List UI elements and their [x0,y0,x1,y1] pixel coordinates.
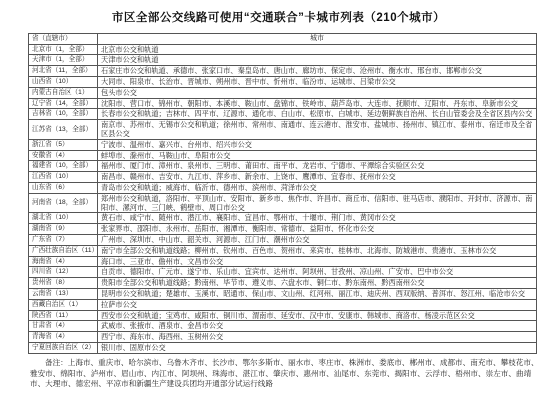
province-cell: 贵州省（8） [29,278,98,289]
table-row: 江苏省（13，全部）南京市、苏州市、无锡市公交和轨道；徐州市、常州市、南通市、连… [29,120,537,140]
province-cell: 河南省（18，全部） [29,193,98,213]
province-cell: 吉林省（10，全部） [29,109,98,120]
cities-cell: 黄石市、咸宁市、随州市、潜江市、襄阳市、宜昌市、鄂州市、十堰市、荆门市、黄冈市公… [98,213,537,224]
cities-cell: 石家庄市公交和轨道、承德市、张家口市、秦皇岛市、唐山市、廊坊市、保定市、沧州市、… [98,66,537,77]
cities-cell: 福州市、厦门市、漳州市、泉州市、三明市、莆田市、南平市、龙岩市、宁德市、平潭综合… [98,161,537,172]
table-row: 湖北省（10）黄石市、咸宁市、随州市、潜江市、襄阳市、宜昌市、鄂州市、十堰市、荆… [29,213,537,224]
cities-cell: 南京市、苏州市、无锡市公交和轨道；徐州市、常州市、南通市、连云港市、淮安市、盐城… [98,120,537,140]
cities-cell: 南宁市全部公交和轨道线路；柳州市、钦州市、百色市、贺州市、来宾市、桂林市、北海市… [98,245,537,256]
table-row: 山东省（6）青岛市公交和轨道；威海市、临沂市、德州市、滨州市、菏泽市公交 [29,182,537,193]
province-cell: 安徽省（4） [29,150,98,161]
province-cell: 湖南省（9） [29,224,98,235]
page-title: 市区全部公交线路可使用“交通联合”卡城市列表（210个城市） [0,0,557,25]
table-row: 广东省（7）广州市、深圳市、中山市、韶关市、河源市、江门市、潮州市公交 [29,234,537,245]
city-table: 省（直辖市） 城市 北京市（1，全部）北京市公交和轨道天津市（1，全部）天津市公… [28,33,537,354]
table-row: 青海省（4）西宁市、海东市、海西州、玉树州公交 [29,332,537,343]
province-cell: 河北省（11，全部） [29,66,98,77]
cities-cell: 昆明市公交和轨道；楚雄市、玉溪市、昭通市、保山市、文山州、红河州、丽江市、迪庆州… [98,288,537,299]
table-row: 西藏自治区（1）拉萨市公交 [29,299,537,310]
table-row: 宁夏回族自治区（2）银川市、固原市公交 [29,342,537,353]
province-cell: 海南省（4） [29,256,98,267]
header-cities: 城市 [98,34,537,45]
cities-cell: 长春市公交和轨道；吉林市、四平市、辽源市、通化市、白山市、松原市、白城市、延边朝… [98,109,537,120]
cities-cell: 南昌市、赣州市、吉安市、九江市、萍乡市、新余市、上饶市、鹰潭市、宜春市、抚州市公… [98,172,537,183]
cities-cell: 沈阳市、营口市、锦州市、朝阳市、本溪市、鞍山市、盘锦市、铁岭市、葫芦岛市、大连市… [98,98,537,109]
province-cell: 湖北省（10） [29,213,98,224]
table-row: 安徽省（4）蚌埠市、滁州市、马鞍山市、阜阳市公交 [29,150,537,161]
table-row: 内蒙古自治区（1）包头市公交 [29,87,537,98]
table-row: 广西壮族自治区（11）南宁市全部公交和轨道线路；柳州市、钦州市、百色市、贺州市、… [29,245,537,256]
province-cell: 山西省（10） [29,76,98,87]
cities-cell: 西宁市、海东市、海西州、玉树州公交 [98,332,537,343]
cities-cell: 银川市、固原市公交 [98,342,537,353]
table-row: 北京市（1，全部）北京市公交和轨道 [29,44,537,55]
province-cell: 江西省（10） [29,172,98,183]
table-row: 吉林省（10，全部）长春市公交和轨道；吉林市、四平市、辽源市、通化市、白山市、松… [29,109,537,120]
cities-cell: 大同市、阳泉市、长治市、晋城市、朔州市、晋中市、忻州市、临汾市、运城市、吕梁市公… [98,76,537,87]
table-row: 江西省（10）南昌市、赣州市、吉安市、九江市、萍乡市、新余市、上饶市、鹰潭市、宜… [29,172,537,183]
province-cell: 福建省（10，全部） [29,161,98,172]
table-row: 陕西省（11）西安市公交和轨道；宝鸡市、咸阳市、铜川市、渭南市、延安市、汉中市、… [29,310,537,321]
cities-cell: 西安市公交和轨道；宝鸡市、咸阳市、铜川市、渭南市、延安市、汉中市、安康市、韩城市… [98,310,537,321]
cities-cell: 自贡市、德阳市、广元市、遂宁市、乐山市、宜宾市、达州市、阿坝州、甘孜州、凉山州、… [98,267,537,278]
cities-cell: 张家界市、邵阳市、永州市、岳阳市、湘潭市、衡阳市、常德市、益阳市、怀化市公交 [98,224,537,235]
province-cell: 天津市（1，全部） [29,55,98,66]
province-cell: 内蒙古自治区（1） [29,87,98,98]
document-page: 市区全部公交线路可使用“交通联合”卡城市列表（210个城市） 省（直辖市） 城市… [0,0,557,395]
cities-cell: 武威市、张掖市、酒泉市、金昌市公交 [98,321,537,332]
cities-cell: 包头市公交 [98,87,537,98]
table-row: 山西省（10）大同市、阳泉市、长治市、晋城市、朔州市、晋中市、忻州市、临汾市、运… [29,76,537,87]
table-row: 海南省（4）海口市、三亚市、儋州市、文昌市公交 [29,256,537,267]
province-cell: 宁夏回族自治区（2） [29,342,98,353]
province-cell: 云南省（13） [29,288,98,299]
table-body: 北京市（1，全部）北京市公交和轨道天津市（1，全部）天津市公交和轨道河北省（11… [29,44,537,353]
province-cell: 四川省（12） [29,267,98,278]
cities-cell: 北京市公交和轨道 [98,44,537,55]
cities-cell: 贵阳市全部公交和轨道线路；黔南州、毕节市、遵义市、六盘水市、铜仁市、黔东南州、黔… [98,278,537,289]
table-row: 四川省（12）自贡市、德阳市、广元市、遂宁市、乐山市、宜宾市、达州市、阿坝州、甘… [29,267,537,278]
header-row: 省（直辖市） 城市 [29,34,537,45]
province-cell: 山东省（6） [29,182,98,193]
province-cell: 江苏省（13，全部） [29,120,98,140]
cities-cell: 蚌埠市、滁州市、马鞍山市、阜阳市公交 [98,150,537,161]
table-row: 贵州省（8）贵阳市全部公交和轨道线路；黔南州、毕节市、遵义市、六盘水市、铜仁市、… [29,278,537,289]
table-row: 福建省（10，全部）福州市、厦门市、漳州市、泉州市、三明市、莆田市、南平市、龙岩… [29,161,537,172]
province-cell: 西藏自治区（1） [29,299,98,310]
cities-cell: 天津市公交和轨道 [98,55,537,66]
table-row: 浙江省（5）宁波市、温州市、嘉兴市、台州市、绍兴市公交 [29,139,537,150]
table-row: 云南省（13）昆明市公交和轨道；楚雄市、玉溪市、昭通市、保山市、文山州、红河州、… [29,288,537,299]
cities-cell: 青岛市公交和轨道；威海市、临沂市、德州市、滨州市、菏泽市公交 [98,182,537,193]
cities-cell: 拉萨市公交 [98,299,537,310]
province-cell: 北京市（1，全部） [29,44,98,55]
table-row: 甘肃省（4）武威市、张掖市、酒泉市、金昌市公交 [29,321,537,332]
table-row: 河北省（11，全部）石家庄市公交和轨道、承德市、张家口市、秦皇岛市、唐山市、廊坊… [29,66,537,77]
cities-cell: 宁波市、温州市、嘉兴市、台州市、绍兴市公交 [98,139,537,150]
header-province: 省（直辖市） [29,34,98,45]
cities-cell: 海口市、三亚市、儋州市、文昌市公交 [98,256,537,267]
province-cell: 广东省（7） [29,234,98,245]
table-row: 湖南省（9）张家界市、邵阳市、永州市、岳阳市、湘潭市、衡阳市、常德市、益阳市、怀… [29,224,537,235]
cities-cell: 郑州市公交和轨道，洛阳市、平顶山市、安阳市、新乡市、焦作市、许昌市、商丘市、信阳… [98,193,537,213]
province-cell: 甘肃省（4） [29,321,98,332]
table-row: 天津市（1，全部）天津市公交和轨道 [29,55,537,66]
province-cell: 辽宁省（14，全部） [29,98,98,109]
province-cell: 浙江省（5） [29,139,98,150]
cities-cell: 广州市、深圳市、中山市、韶关市、河源市、江门市、潮州市公交 [98,234,537,245]
province-cell: 陕西省（11） [29,310,98,321]
note-text: 备注：上海市、重庆市、哈尔滨市、乌鲁木齐市、长沙市、鄂尔多斯市、丽水市、枣庄市、… [30,358,541,390]
province-cell: 青海省（4） [29,332,98,343]
table-row: 河南省（18，全部）郑州市公交和轨道，洛阳市、平顶山市、安阳市、新乡市、焦作市、… [29,193,537,213]
table-header: 省（直辖市） 城市 [29,34,537,45]
table-row: 辽宁省（14，全部）沈阳市、营口市、锦州市、朝阳市、本溪市、鞍山市、盘锦市、铁岭… [29,98,537,109]
province-cell: 广西壮族自治区（11） [29,245,98,256]
